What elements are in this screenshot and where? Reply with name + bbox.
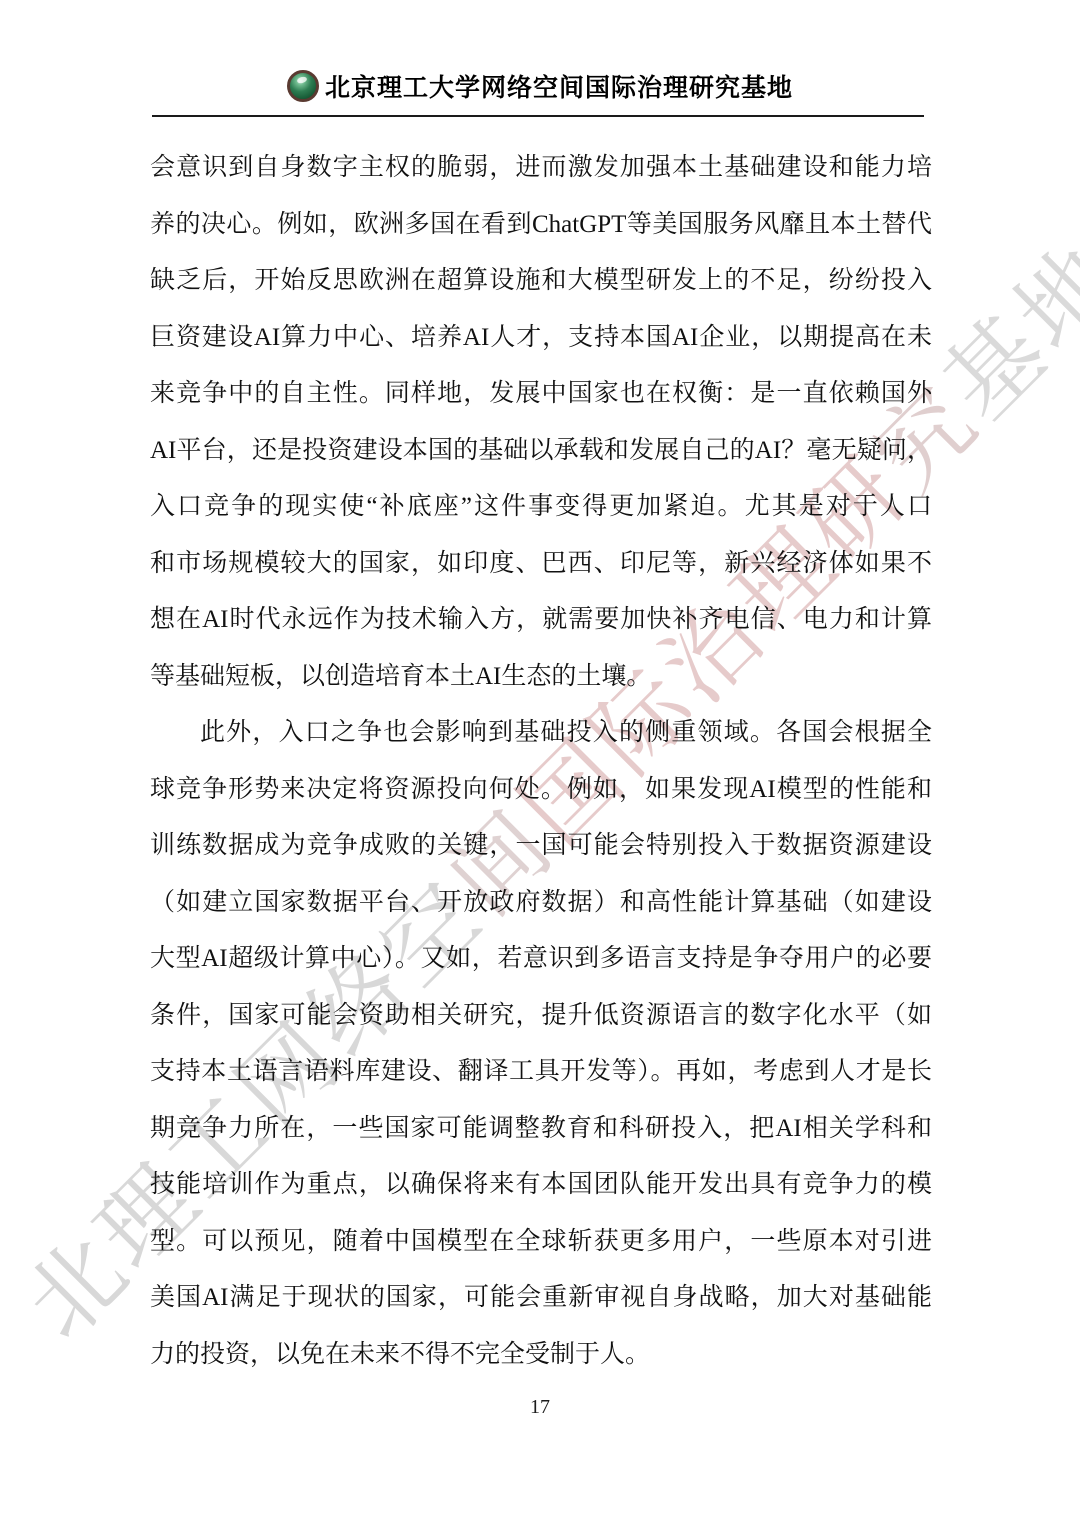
- header-divider: [152, 115, 924, 117]
- text-line: 和市场规模较大的国家，如印度、巴西、印尼等，新兴经济体如果不: [150, 536, 932, 593]
- text-line: 巨资建设AI算力中心、培养AI人才，支持本国AI企业，以期提高在未: [150, 310, 932, 367]
- text-line: 此外，入口之争也会影响到基础投入的侧重领域。各国会根据全: [150, 705, 932, 762]
- text-line: 来竞争中的自主性。同样地，发展中国家也在权衡：是一直依赖国外: [150, 366, 932, 423]
- text-line: AI平台，还是投资建设本国的基础以承载和发展自己的AI？毫无疑问，: [150, 423, 932, 480]
- text-line: 期竞争力所在，一些国家可能调整教育和科研投入，把AI相关学科和: [150, 1101, 932, 1158]
- watermark-char: 北: [0, 1197, 155, 1363]
- page-number: 17: [530, 1396, 550, 1418]
- text-line: 条件，国家可能会资助相关研究，提升低资源语言的数字化水平（如: [150, 988, 932, 1045]
- text-line: 型。可以预见，随着中国模型在全球斩获更多用户，一些原本对引进: [150, 1214, 932, 1271]
- text-line: 想在AI时代永远作为技术输入方，就需要加快补齐电信、电力和计算: [150, 592, 932, 649]
- text-line: 大型AI超级计算中心）。又如，若意识到多语言支持是争夺用户的必要: [150, 931, 932, 988]
- text-line: 养的决心。例如，欧洲多国在看到ChatGPT等美国服务风靡且本土替代: [150, 197, 932, 254]
- text-line: 等基础短板，以创造培育本土AI生态的土壤。: [150, 649, 932, 706]
- text-line: 缺乏后，开始反思欧洲在超算设施和大模型研发上的不足，纷纷投入: [150, 253, 932, 310]
- watermark-char: 基: [908, 278, 1074, 444]
- text-line: 球竞争形势来决定将资源投向何处。例如，如果发现AI模型的性能和: [150, 762, 932, 819]
- page-header: 北京理工大学网络空间国际治理研究基地: [0, 68, 1080, 104]
- university-globe-emblem-icon: [287, 70, 319, 102]
- watermark-char: 地: [979, 207, 1080, 373]
- text-line: 入口竞争的现实使“补底座”这件事变得更加紧迫。尤其是对于人口: [150, 479, 932, 536]
- header-org-name: 北京理工大学网络空间国际治理研究基地: [325, 68, 793, 104]
- text-line: 训练数据成为竞争成败的关键，一国可能会特别投入于数据资源建设: [150, 818, 932, 875]
- text-line: 力的投资，以免在未来不得不完全受制于人。: [150, 1327, 932, 1384]
- text-line: 美国AI满足于现状的国家，可能会重新审视自身战略，加大对基础能: [150, 1270, 932, 1327]
- document-body: 会意识到自身数字主权的脆弱，进而激发加强本土基础建设和能力培养的决心。例如，欧洲…: [150, 140, 932, 1383]
- text-line: 技能培训作为重点，以确保将来有本国团队能开发出具有竞争力的模: [150, 1157, 932, 1214]
- text-line: 会意识到自身数字主权的脆弱，进而激发加强本土基础建设和能力培: [150, 140, 932, 197]
- text-line: （如建立国家数据平台、开放政府数据）和高性能计算基础（如建设: [150, 875, 932, 932]
- document-page: 北理工网络空间国际治理研究基地 北京理工大学网络空间国际治理研究基地 会意识到自…: [0, 0, 1080, 1527]
- text-line: 支持本土语言语料库建设、翻译工具开发等）。再如，考虑到人才是长: [150, 1044, 932, 1101]
